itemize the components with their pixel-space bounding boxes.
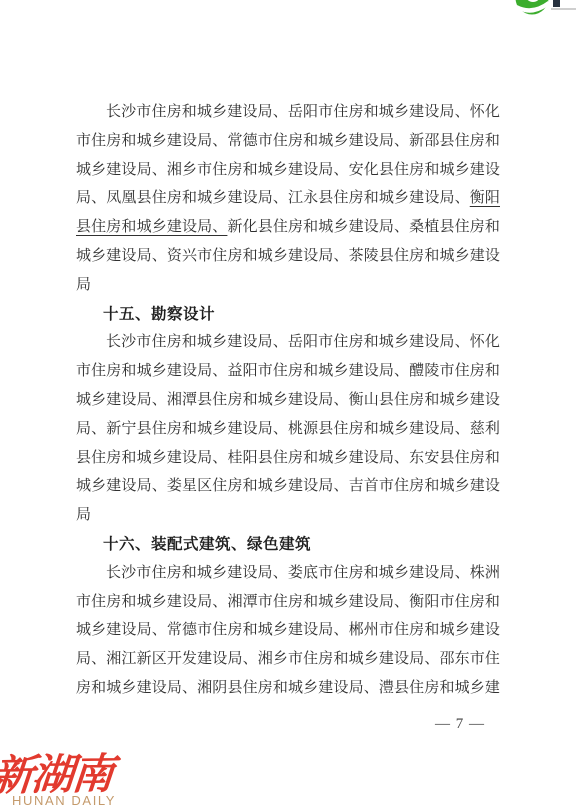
document-body: 长沙市住房和城乡建设局、岳阳市住房和城乡建设局、怀化 市住房和城乡建设局、常德市…	[76, 98, 500, 703]
text-segment: 长沙市住房和城乡建设局、娄底市住房和城乡建设局、株洲	[106, 565, 500, 581]
text-segment: 房和城乡建设局、湘阴县住房和城乡建设局、澧县住房和城乡建	[76, 680, 500, 696]
text-line: 县住房和城乡建设局、桂阳县住房和城乡建设局、东安县住房和	[76, 444, 500, 473]
text-line: 长沙市住房和城乡建设局、岳阳市住房和城乡建设局、怀化	[76, 328, 500, 357]
top-right-logo-fragment	[512, 0, 576, 18]
text-segment: 城乡建设局、湘潭县住房和城乡建设局、衡山县住房和城乡建设	[76, 392, 500, 408]
green-logo-icon	[512, 0, 576, 18]
text-segment: 城乡建设局、常德市住房和城乡建设局、郴州市住房和城乡建设	[76, 622, 500, 638]
document-page: 长沙市住房和城乡建设局、岳阳市住房和城乡建设局、怀化 市住房和城乡建设局、常德市…	[0, 0, 576, 812]
underlined-text-segment: 县住房和城乡建设局、	[76, 219, 227, 235]
text-line: 城乡建设局、湘乡市住房和城乡建设局、安化县住房和城乡建设	[76, 156, 500, 185]
text-segment: 局、新宁县住房和城乡建设局、桃源县住房和城乡建设局、慈利	[76, 421, 500, 437]
text-line: 城乡建设局、常德市住房和城乡建设局、郴州市住房和城乡建设	[76, 616, 500, 645]
text-segment: 新化县住房和城乡建设局、桑植县住房和	[227, 219, 500, 235]
text-segment: 长沙市住房和城乡建设局、岳阳市住房和城乡建设局、怀化	[106, 334, 500, 350]
text-segment: 市住房和城乡建设局、常德市住房和城乡建设局、新邵县住房和	[76, 133, 500, 149]
section-heading-16: 十六、装配式建筑、绿色建筑	[76, 530, 500, 559]
text-segment: 县住房和城乡建设局、桂阳县住房和城乡建设局、东安县住房和	[76, 450, 500, 466]
text-line: 市住房和城乡建设局、益阳市住房和城乡建设局、醴陵市住房和	[76, 357, 500, 386]
text-line: 县住房和城乡建设局、新化县住房和城乡建设局、桑植县住房和	[76, 213, 500, 242]
section-heading-15: 十五、勘察设计	[76, 300, 500, 329]
text-line: 城乡建设局、娄星区住房和城乡建设局、吉首市住房和城乡建设	[76, 472, 500, 501]
text-segment: 局、凤凰县住房和城乡建设局、江永县住房和城乡建设局、	[76, 190, 470, 206]
text-segment: 局	[76, 277, 91, 293]
text-segment: 局、湘江新区开发建设局、湘乡市住房和城乡建设局、邵东市住	[76, 651, 500, 667]
text-line: 城乡建设局、湘潭县住房和城乡建设局、衡山县住房和城乡建设	[76, 386, 500, 415]
text-line: 长沙市住房和城乡建设局、娄底市住房和城乡建设局、株洲	[76, 559, 500, 588]
paragraph-section-16: 长沙市住房和城乡建设局、娄底市住房和城乡建设局、株洲 市住房和城乡建设局、湘潭市…	[76, 559, 500, 703]
text-segment: 市住房和城乡建设局、湘潭市住房和城乡建设局、衡阳市住房和	[76, 594, 500, 610]
text-line: 市住房和城乡建设局、湘潭市住房和城乡建设局、衡阳市住房和	[76, 588, 500, 617]
paragraph-section-14: 长沙市住房和城乡建设局、岳阳市住房和城乡建设局、怀化 市住房和城乡建设局、常德市…	[76, 98, 500, 300]
text-segment: 局	[76, 507, 91, 523]
text-segment: 城乡建设局、娄星区住房和城乡建设局、吉首市住房和城乡建设	[76, 478, 500, 494]
text-segment: 市住房和城乡建设局、益阳市住房和城乡建设局、醴陵市住房和	[76, 363, 500, 379]
text-line: 房和城乡建设局、湘阴县住房和城乡建设局、澧县住房和城乡建	[76, 674, 500, 703]
text-segment: 长沙市住房和城乡建设局、岳阳市住房和城乡建设局、怀化	[106, 104, 500, 120]
text-line: 局	[76, 271, 500, 300]
text-line: 市住房和城乡建设局、常德市住房和城乡建设局、新邵县住房和	[76, 127, 500, 156]
text-line: 城乡建设局、资兴市住房和城乡建设局、茶陵县住房和城乡建设	[76, 242, 500, 271]
text-line: 局	[76, 501, 500, 530]
paragraph-section-15: 长沙市住房和城乡建设局、岳阳市住房和城乡建设局、怀化 市住房和城乡建设局、益阳市…	[76, 328, 500, 530]
page-number: — 7 —	[424, 716, 496, 733]
logo-text-english: HUNAN DAILY	[12, 793, 116, 808]
text-line: 局、新宁县住房和城乡建设局、桃源县住房和城乡建设局、慈利	[76, 415, 500, 444]
text-line: 局、凤凰县住房和城乡建设局、江永县住房和城乡建设局、衡阳	[76, 184, 500, 213]
text-line: 局、湘江新区开发建设局、湘乡市住房和城乡建设局、邵东市住	[76, 645, 500, 674]
text-line: 长沙市住房和城乡建设局、岳阳市住房和城乡建设局、怀化	[76, 98, 500, 127]
text-segment: 城乡建设局、资兴市住房和城乡建设局、茶陵县住房和城乡建设	[76, 248, 500, 264]
underlined-text-segment: 衡阳	[470, 190, 500, 206]
text-segment: 城乡建设局、湘乡市住房和城乡建设局、安化县住房和城乡建设	[76, 162, 500, 178]
